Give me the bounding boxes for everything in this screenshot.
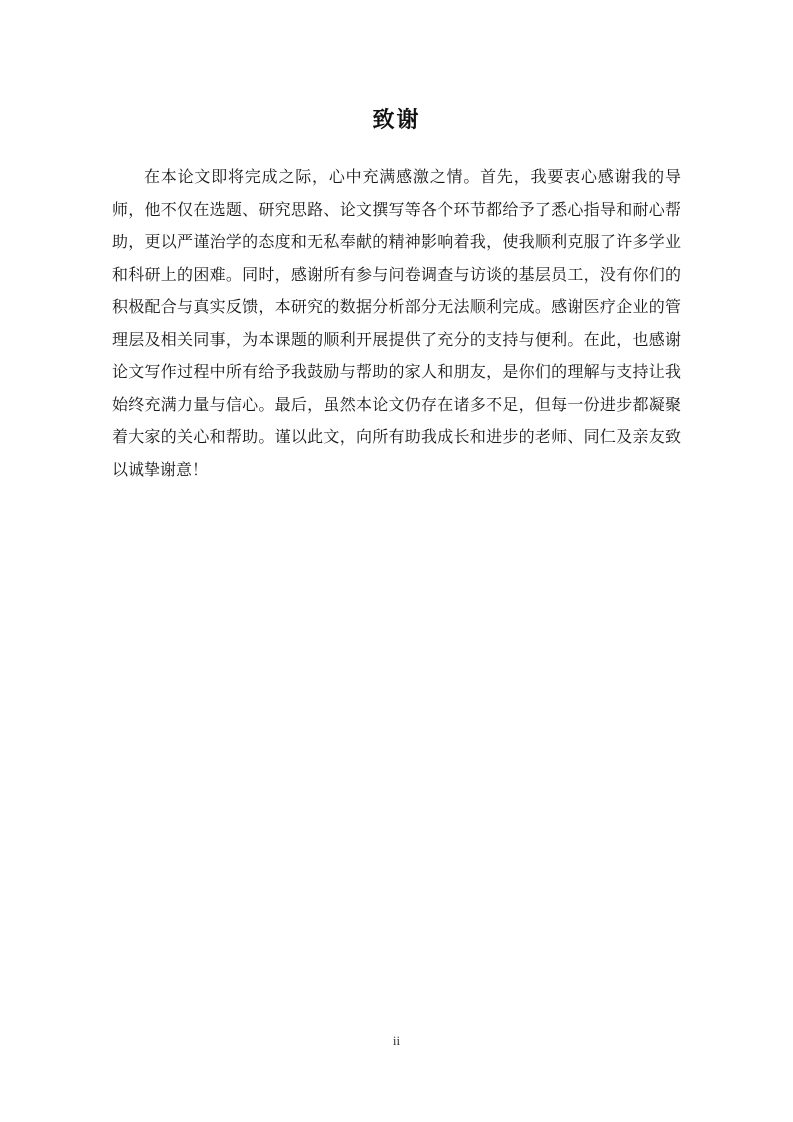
document-page: 致谢 在本论文即将完成之际，心中充满感激之情。首先，我要衷心感谢我的导师，他不仅…: [0, 0, 793, 1122]
page-title: 致谢: [112, 0, 681, 134]
page-content: 致谢 在本论文即将完成之际，心中充满感激之情。首先，我要衷心感谢我的导师，他不仅…: [0, 0, 793, 487]
page-footer: ii: [0, 1032, 793, 1050]
page-number: ii: [393, 1033, 400, 1048]
acknowledgment-paragraph: 在本论文即将完成之际，心中充满感激之情。首先，我要衷心感谢我的导师，他不仅在选题…: [112, 162, 681, 487]
